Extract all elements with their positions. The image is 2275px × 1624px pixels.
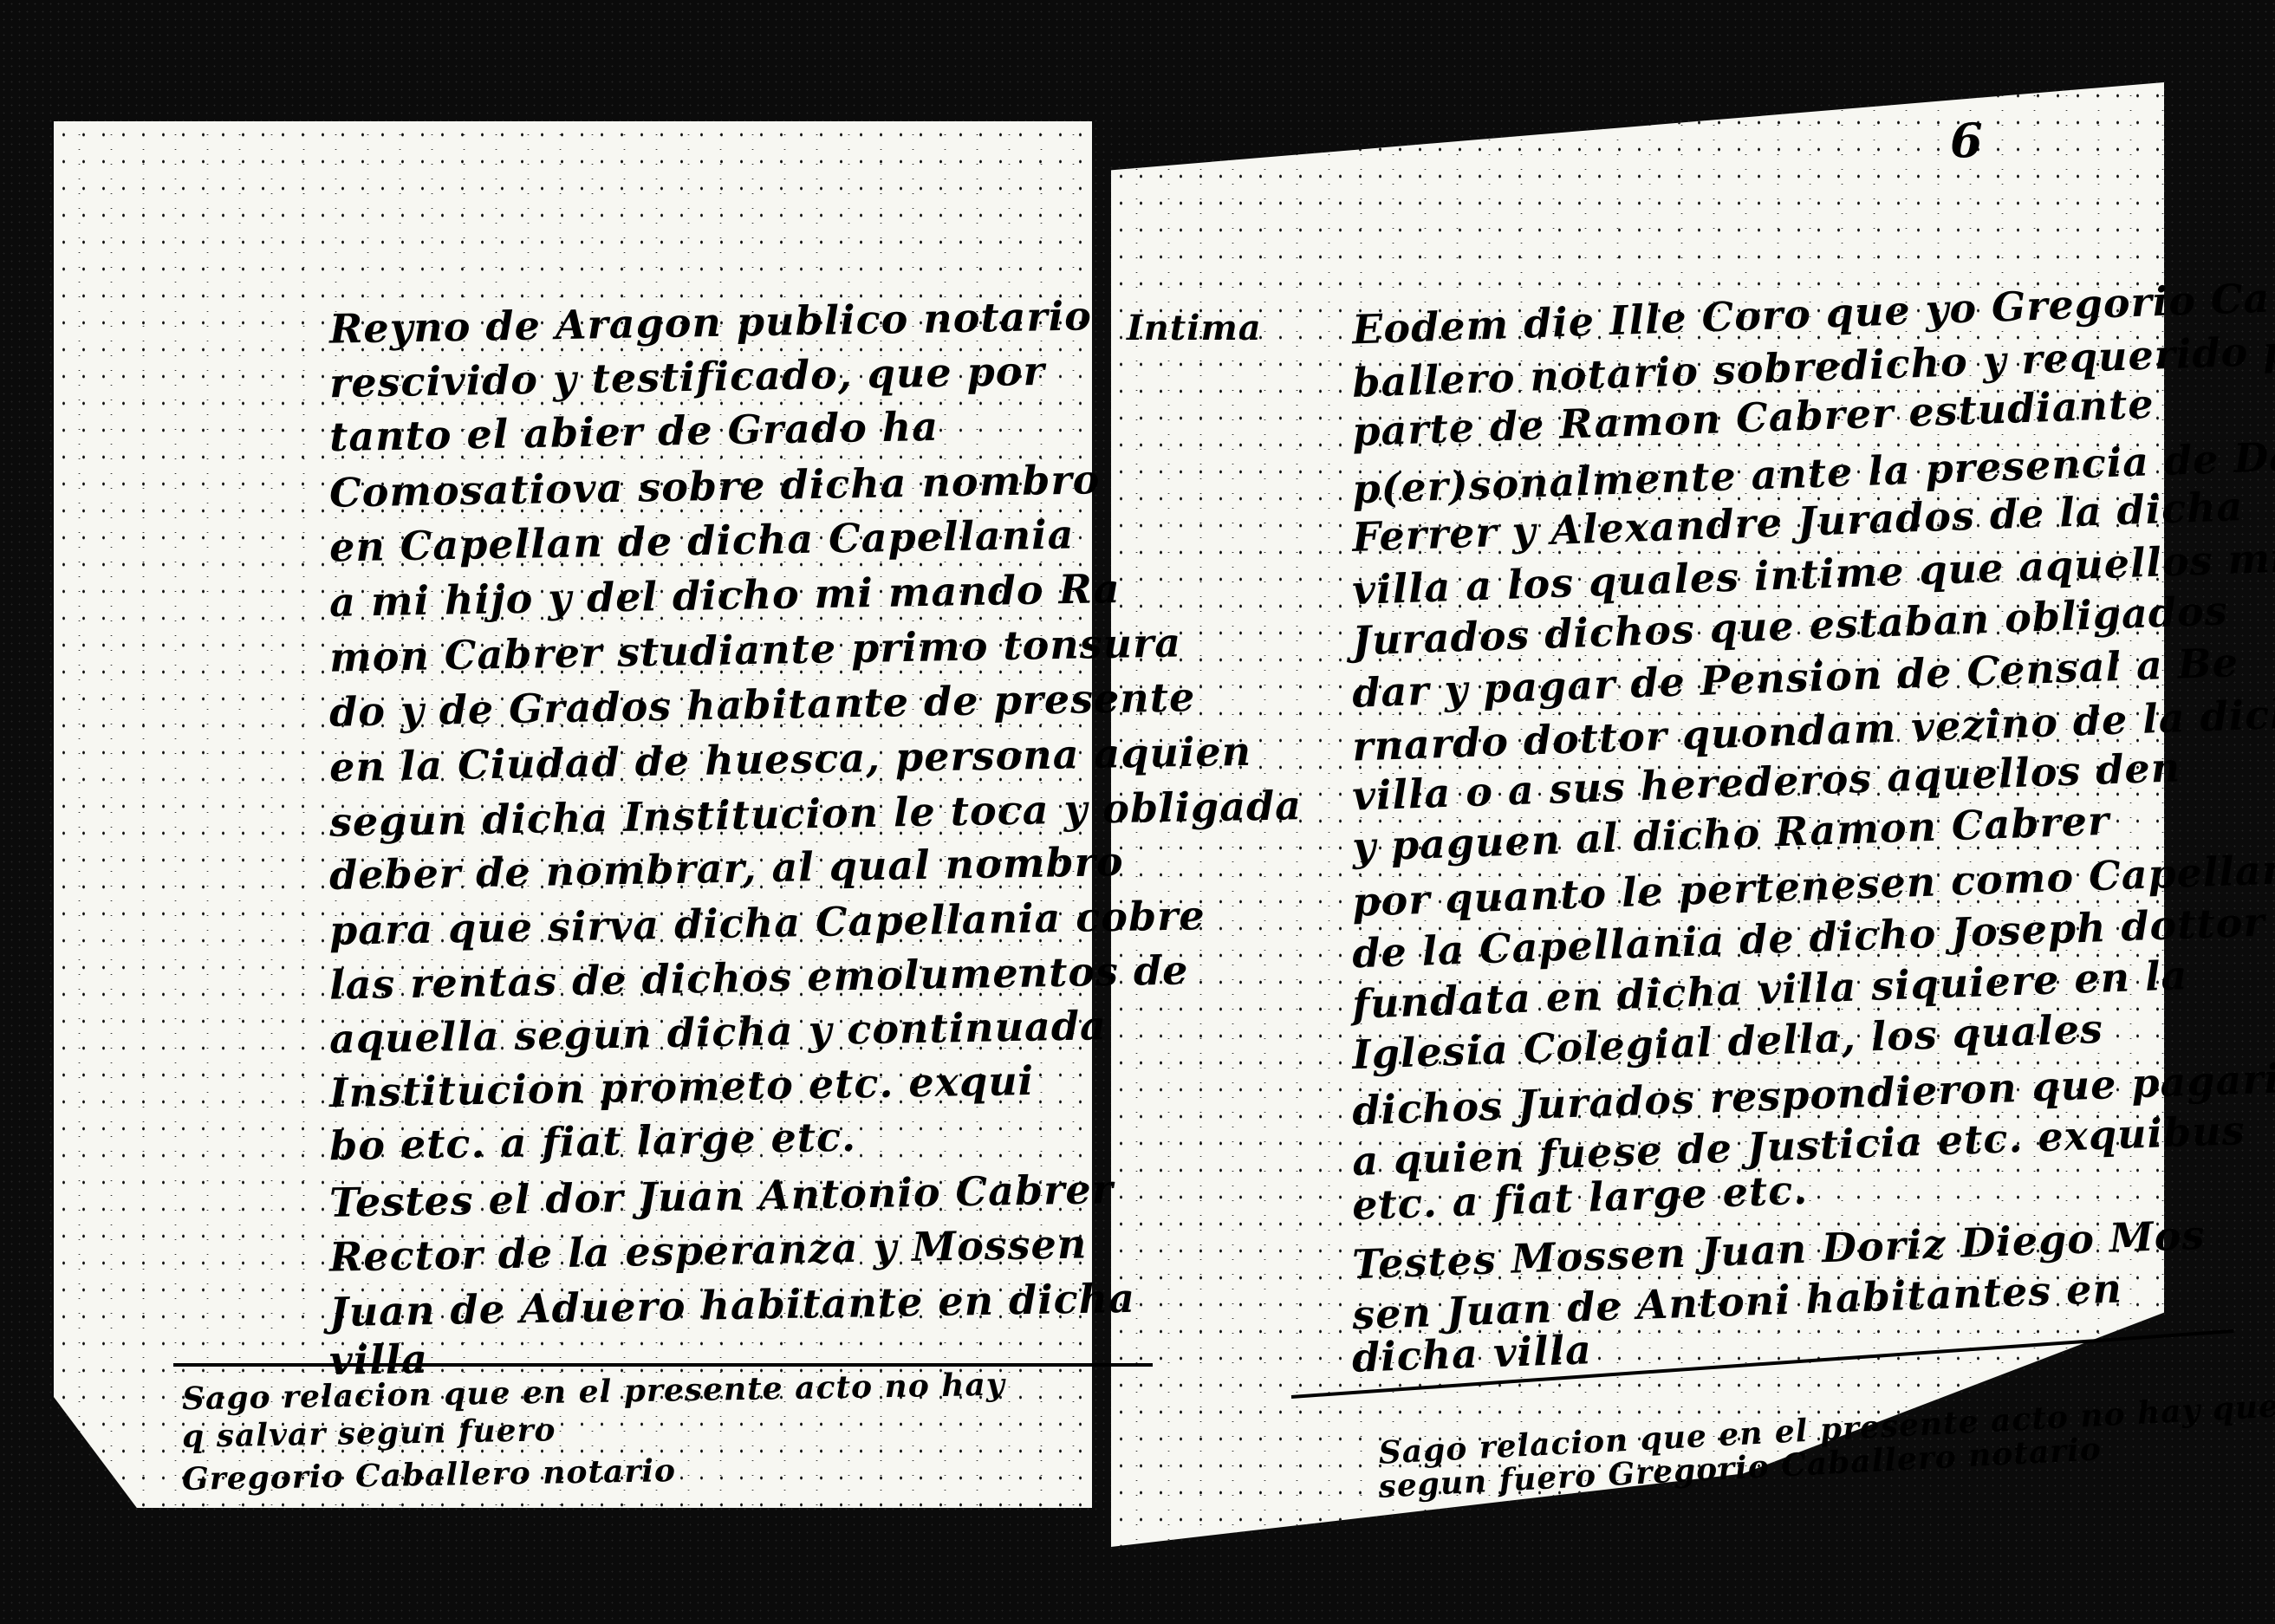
right-page-line: dicha villa	[1351, 1326, 1593, 1381]
margin-note: Intima	[1127, 308, 1262, 348]
left-page-line: bo etc. a fiat large etc.	[329, 1114, 857, 1170]
left-footer-line: q salvar segun fuero	[182, 1412, 556, 1455]
page-number: 6	[1950, 113, 1984, 168]
left-footer-rule	[173, 1363, 1153, 1367]
